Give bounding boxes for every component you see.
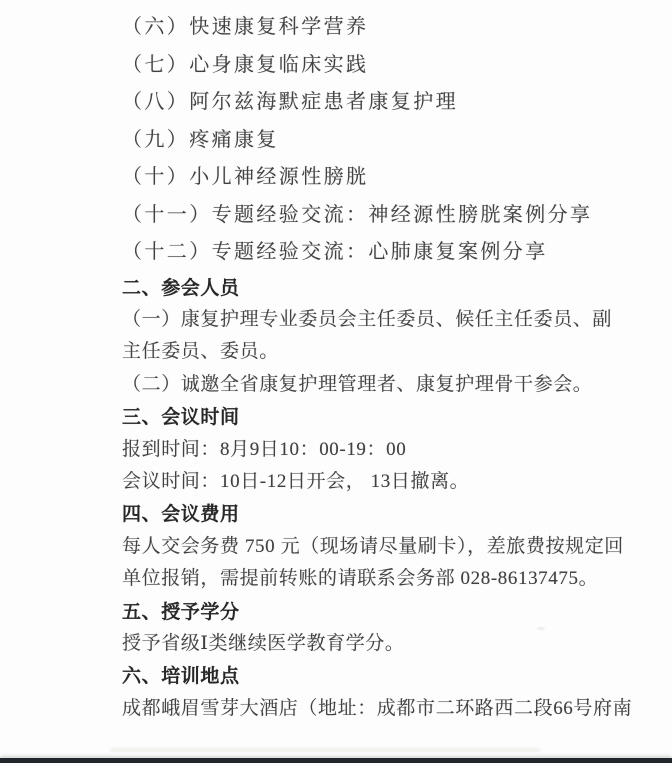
attendees-line-1: （一）康复护理专业委员会主任委员、候任主任委员、副: [94, 304, 654, 336]
agenda-item-6: （六）快速康复科学营养: [94, 9, 654, 47]
attendees-line-3: （二）诚邀全省康复护理管理者、康复护理骨干参会。: [94, 369, 654, 401]
agenda-item-10: （十）小儿神经源性膀胱: [94, 159, 654, 197]
section-heading-schedule: 三、会议时间: [94, 401, 654, 433]
agenda-item-12: （十二）专题经验交流：心肺康复案例分享: [94, 234, 654, 272]
agenda-item-11: （十一）专题经验交流：神经源性膀胱案例分享: [94, 197, 654, 235]
agenda-item-8: （八）阿尔兹海默症患者康复护理: [94, 84, 654, 122]
credits-line-1: 授予省级Ⅰ类继续医学教育学分。: [94, 628, 654, 660]
document-content: （六）快速康复科学营养 （七）心身康复临床实践 （八）阿尔兹海默症患者康复护理 …: [94, 9, 654, 725]
agenda-item-9: （九）疼痛康复: [94, 122, 654, 160]
scan-edge-bar: [0, 758, 672, 763]
scan-artifact-dot: [537, 627, 545, 630]
section-heading-credits: 五、授予学分: [94, 596, 654, 628]
section-heading-attendees: 二、参会人员: [94, 272, 654, 304]
section-heading-fees: 四、会议费用: [94, 498, 654, 530]
fees-line-2: 单位报销，需提前转账的请联系会务部 028-86137475。: [94, 563, 654, 595]
attendees-line-2: 主任委员、委员。: [94, 336, 654, 368]
scan-artifact-smudge: [110, 748, 540, 752]
scanned-document-page: （六）快速康复科学营养 （七）心身康复临床实践 （八）阿尔兹海默症患者康复护理 …: [0, 0, 672, 767]
agenda-item-7: （七）心身康复临床实践: [94, 47, 654, 85]
schedule-meeting-line: 会议时间：10日-12日开会， 13日撤离。: [94, 466, 654, 498]
fees-line-1: 每人交会务费 750 元（现场请尽量刷卡），差旅费按规定回: [94, 531, 654, 563]
agenda-list: （六）快速康复科学营养 （七）心身康复临床实践 （八）阿尔兹海默症患者康复护理 …: [94, 9, 654, 272]
section-heading-venue: 六、培训地点: [94, 660, 654, 692]
document-sections: 二、参会人员 （一）康复护理专业委员会主任委员、候任主任委员、副 主任委员、委员…: [94, 272, 654, 726]
schedule-checkin-line: 报到时间：8月9日10：00-19：00: [94, 434, 654, 466]
venue-line-1: 成都峨眉雪芽大酒店（地址：成都市二环路西二段66号府南: [94, 693, 654, 725]
